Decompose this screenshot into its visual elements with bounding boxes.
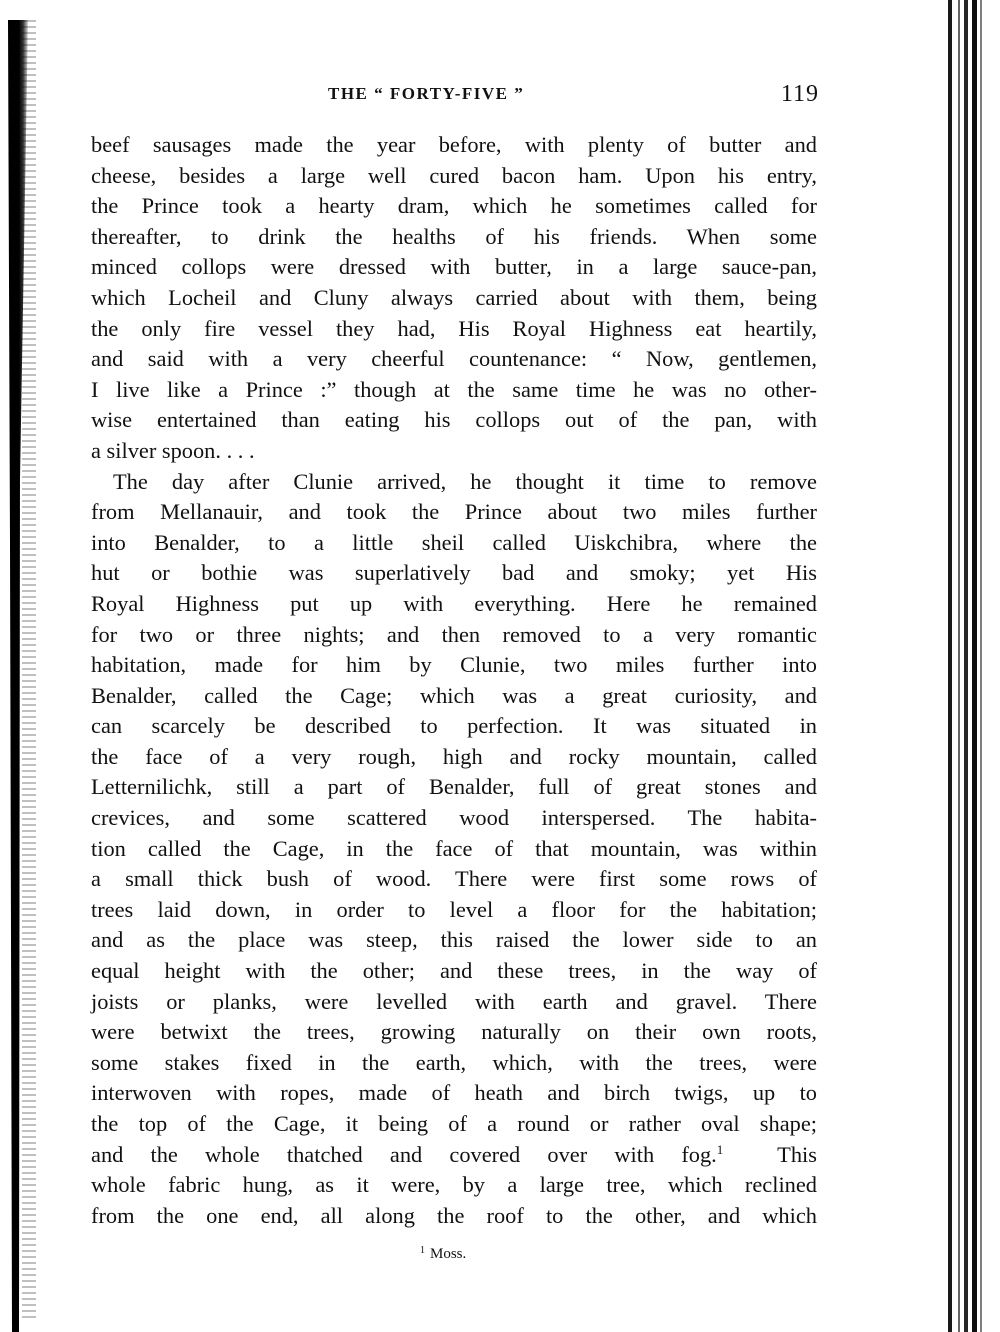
- text-line: minced collops were dressed with butter,…: [91, 252, 817, 283]
- text-line: the face of a very rough, high and rocky…: [91, 742, 817, 773]
- footnote: 1Moss.: [420, 1245, 466, 1263]
- running-head: THE “ FORTY-FIVE ” 119: [90, 84, 825, 108]
- text-line: Benalder, called the Cage; which was a g…: [91, 681, 817, 712]
- text-line: I live like a Prince :” though at the sa…: [91, 375, 817, 406]
- page-number: 119: [781, 81, 819, 108]
- text-line: can scarcely be described to perfection.…: [91, 711, 817, 742]
- text-line: beef sausages made the year before, with…: [91, 130, 817, 161]
- text-line: trees laid down, in order to level a flo…: [91, 895, 817, 926]
- right-page-edge-line: [958, 0, 960, 1332]
- text-line-head: and the whole thatched and covered over …: [91, 1142, 717, 1167]
- text-line: equal height with the other; and these t…: [91, 956, 817, 987]
- text-line: wise entertained than eating his collops…: [91, 405, 817, 436]
- text-line: thereafter, to drink the healths of his …: [91, 222, 817, 253]
- text-line: were betwixt the trees, growing naturall…: [91, 1017, 817, 1048]
- text-line: the Prince took a hearty dram, which he …: [91, 191, 817, 222]
- right-page-edge-line: [948, 0, 952, 1332]
- text-line: which Locheil and Cluny always carried a…: [91, 283, 817, 314]
- book-page: THE “ FORTY-FIVE ” 119 beef sausages mad…: [0, 0, 1000, 1332]
- footnote-marker: 1: [420, 1245, 425, 1256]
- text-line-paragraph-start: The day after Clunie arrived, he thought…: [91, 467, 817, 498]
- body-text: beef sausages made the year before, with…: [91, 130, 817, 1231]
- text-line: the top of the Cage, it being of a round…: [91, 1109, 817, 1140]
- text-line: from Mellanauir, and took the Prince abo…: [91, 497, 817, 528]
- text-line: from the one end, all along the roof to …: [91, 1201, 817, 1232]
- text-line: hut or bothie was superlatively bad and …: [91, 558, 817, 589]
- right-page-edge-line: [980, 0, 982, 1332]
- text-line: Royal Highness put up with everything. H…: [91, 589, 817, 620]
- text-line: cheese, besides a large well cured bacon…: [91, 161, 817, 192]
- left-binding-speckle: [22, 20, 36, 1320]
- text-line: Letternilichk, still a part of Benalder,…: [91, 772, 817, 803]
- text-line: whole fabric hung, as it were, by a larg…: [91, 1170, 817, 1201]
- right-page-edge-line: [964, 0, 968, 1332]
- text-line-paragraph-end: a silver spoon. . . .: [91, 436, 817, 467]
- text-line: and said with a very cheerful countenanc…: [91, 344, 817, 375]
- text-line: a small thick bush of wood. There were f…: [91, 864, 817, 895]
- running-title: THE “ FORTY-FIVE ”: [328, 84, 524, 104]
- text-line: interwoven with ropes, made of heath and…: [91, 1078, 817, 1109]
- text-line: into Benalder, to a little sheil called …: [91, 528, 817, 559]
- text-line: tion called the Cage, in the face of tha…: [91, 834, 817, 865]
- text-line: for two or three nights; and then remove…: [91, 620, 817, 651]
- text-line: some stakes fixed in the earth, which, w…: [91, 1048, 817, 1079]
- text-line: crevices, and some scattered wood inters…: [91, 803, 817, 834]
- text-line: habitation, made for him by Clunie, two …: [91, 650, 817, 681]
- text-line: and as the place was steep, this raised …: [91, 925, 817, 956]
- text-line: joists or planks, were levelled with ear…: [91, 987, 817, 1018]
- right-page-edge-line: [972, 0, 977, 1332]
- text-line-with-footnote-ref: and the whole thatched and covered over …: [91, 1140, 817, 1171]
- footnote-text: Moss.: [430, 1246, 466, 1262]
- text-line-tail: This: [723, 1142, 817, 1167]
- text-line: the only fire vessel they had, His Royal…: [91, 314, 817, 345]
